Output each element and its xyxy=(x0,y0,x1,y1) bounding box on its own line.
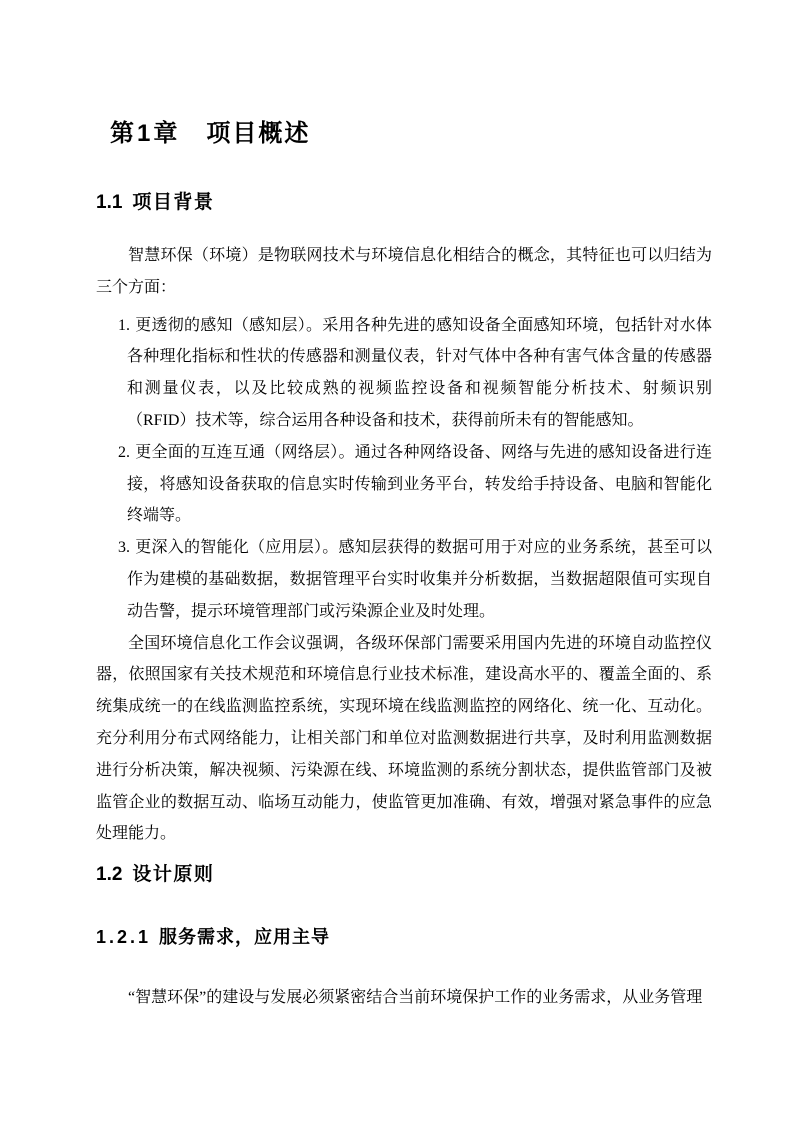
list-item: 1.更透彻的感知（感知层）。采用各种先进的感知设备全面感知环境，包括针对水体各种… xyxy=(96,310,712,437)
design-paragraph: “智慧环保”的建设与发展必须紧密结合当前环境保护工作的业务需求，从业务管理 xyxy=(96,982,712,1014)
chapter-number: 第1章 xyxy=(110,120,180,147)
section-1-1-title: 项目背景 xyxy=(132,192,214,213)
section-1-2-1-number: 1.2.1 xyxy=(96,927,151,947)
section-1-1-number: 1.1 xyxy=(96,192,122,213)
chapter-title: 项目概述 xyxy=(206,120,310,147)
list-item-marker: 3. xyxy=(118,539,130,556)
section-1-2-1-title: 服务需求，应用主导 xyxy=(159,927,330,947)
document-page: 第1章项目概述 1.1项目背景 智慧环保（环境）是物联网技术与环境信息化相结合的… xyxy=(0,0,793,1122)
feature-list: 1.更透彻的感知（感知层）。采用各种先进的感知设备全面感知环境，包括针对水体各种… xyxy=(96,310,712,628)
list-item-marker: 1. xyxy=(118,317,130,334)
chapter-heading: 第1章项目概述 xyxy=(110,118,712,150)
list-item: 3.更深入的智能化（应用层）。感知层获得的数据可用于对应的业务系统，甚至可以作为… xyxy=(96,532,712,627)
list-item-marker: 2. xyxy=(118,444,130,461)
section-1-2-number: 1.2 xyxy=(96,864,122,885)
list-item: 2.更全面的互连互通（网络层）。通过各种网络设备、网络与先进的感知设备进行连接，… xyxy=(96,437,712,532)
intro-paragraph: 智慧环保（环境）是物联网技术与环境信息化相结合的概念，其特征也可以归结为三个方面… xyxy=(96,240,712,304)
policy-paragraph: 全国环境信息化工作会议强调，各级环保部门需要采用国内先进的环境自动监控仪器，依照… xyxy=(96,628,712,851)
section-heading-1-2-1: 1.2.1服务需求，应用主导 xyxy=(96,924,712,950)
list-item-text: 更透彻的感知（感知层）。采用各种先进的感知设备全面感知环境，包括针对水体各种理化… xyxy=(127,317,712,429)
section-1-2-title: 设计原则 xyxy=(132,864,214,885)
section-heading-1-1: 1.1项目背景 xyxy=(96,190,712,216)
list-item-text: 更深入的智能化（应用层）。感知层获得的数据可用于对应的业务系统，甚至可以作为建模… xyxy=(127,539,712,620)
section-heading-1-2: 1.2设计原则 xyxy=(96,862,712,888)
list-item-text: 更全面的互连互通（网络层）。通过各种网络设备、网络与先进的感知设备进行连接，将感… xyxy=(127,444,712,525)
